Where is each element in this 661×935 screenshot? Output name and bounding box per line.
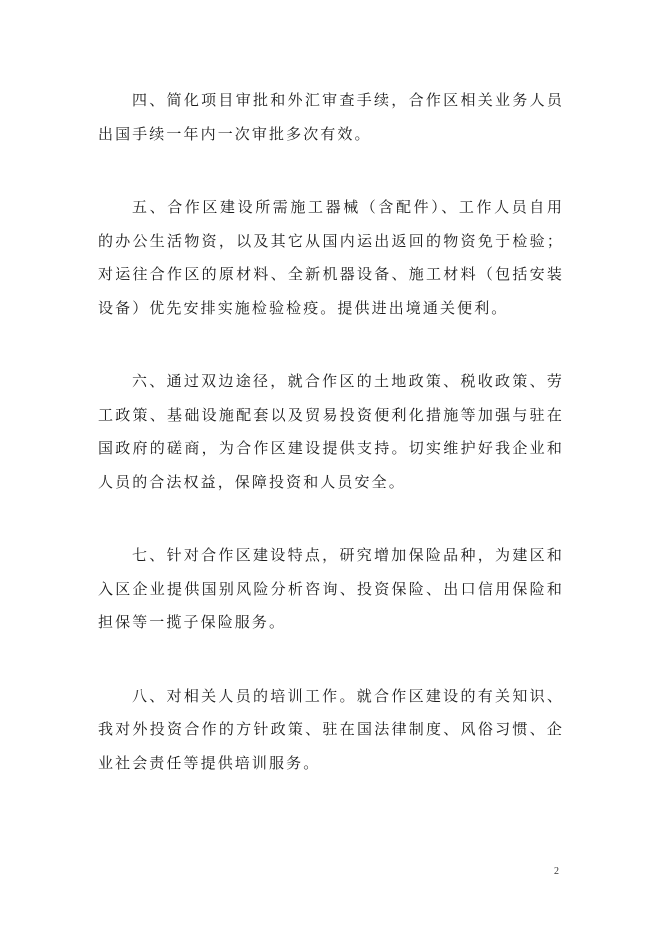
paragraph-item-8: 八、对相关人员的培训工作。就合作区建设的有关知识、我对外投资合作的方针政策、驻在…	[98, 680, 564, 781]
paragraph-item-5: 五、合作区建设所需施工器械（含配件）、工作人员自用的办公生活物资，以及其它从国内…	[98, 191, 564, 325]
page-number: 2	[554, 866, 559, 877]
paragraph-item-6: 六、通过双边途径，就合作区的土地政策、税收政策、劳工政策、基础设施配套以及贸易投…	[98, 365, 564, 499]
paragraph-item-7: 七、针对合作区建设特点，研究增加保险品种，为建区和入区企业提供国别风险分析咨询、…	[98, 539, 564, 640]
paragraph-item-4: 四、简化项目审批和外汇审查手续，合作区相关业务人员出国手续一年内一次审批多次有效…	[98, 84, 564, 151]
document-page: 四、简化项目审批和外汇审查手续，合作区相关业务人员出国手续一年内一次审批多次有效…	[0, 0, 661, 935]
document-body: 四、简化项目审批和外汇审查手续，合作区相关业务人员出国手续一年内一次审批多次有效…	[98, 84, 564, 826]
